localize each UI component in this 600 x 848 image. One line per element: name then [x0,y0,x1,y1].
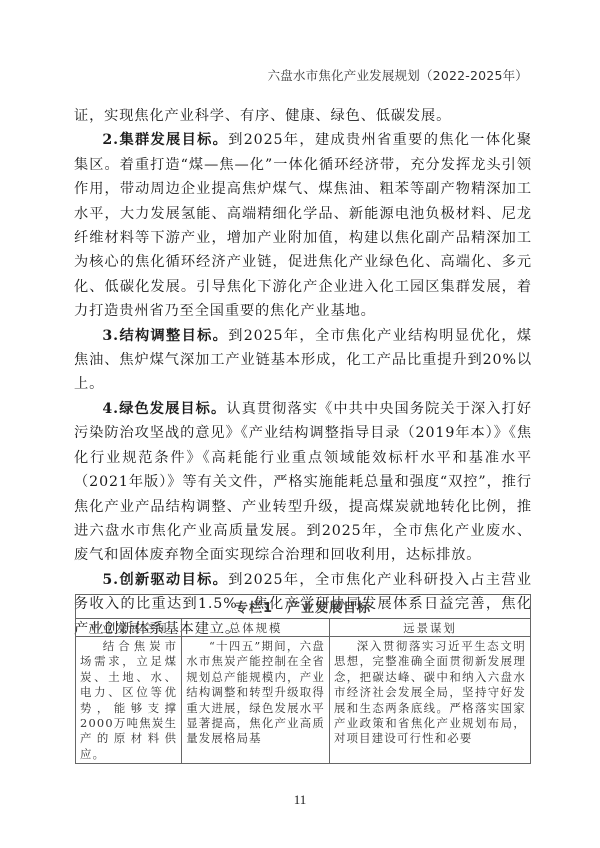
running-header: 六盘水市焦化产业发展规划（2022-2025年） [268,66,528,84]
paragraph-structure-goal: 3.结构调整目标。到2025年，全市焦化产业结构明显优化，煤焦油、焦炉煤气深加工… [74,324,532,397]
column-header: 产业发展空间 [76,619,182,637]
paragraph-text: 认真贯彻落实《中共中央国务院关于深入打好污染防治攻坚战的意见》《产业结构调整指导… [74,401,532,563]
column-header: 远景谋划 [329,619,530,637]
table-cell: 深入贯彻落实习近平生态文明思想，完整准确全面贯彻新发展理念，把碳达峰、碳中和纳入… [329,637,530,764]
box-title: 专栏1 产业发展目标 [76,595,531,619]
column-box-table: 专栏1 产业发展目标 产业发展空间 总体规模 远景谋划 结合焦炭市场需求，立足煤… [75,594,531,764]
table-row: 结合焦炭市场需求，立足煤炭、土地、水、电力、区位等优势，能够支撑2000万吨焦炭… [76,637,531,764]
paragraph-lead: 4.绿色发展目标。 [102,401,226,417]
table-cell: “十四五”期间，六盘水市焦炭产能控制在全省规划总产能规模内，产业结构调整和转型升… [182,637,330,764]
paragraph-text: 到2025年，建成贵州省重要的焦化一体化聚集区。着重打造“煤—焦—化”一体化循环… [74,132,532,319]
paragraph-cluster-goal: 2.集群发展目标。到2025年，建成贵州省重要的焦化一体化聚集区。着重打造“煤—… [74,128,532,323]
paragraph-lead: 5.创新驱动目标。 [102,572,228,588]
box-column-headers: 产业发展空间 总体规模 远景谋划 [76,619,531,637]
box-title-row: 专栏1 产业发展目标 [76,595,531,619]
paragraph-green-goal: 4.绿色发展目标。认真贯彻落实《中共中央国务院关于深入打好污染防治攻坚战的意见》… [74,397,532,568]
paragraph-lead: 2.集群发展目标。 [102,132,228,148]
paragraph-continuation: 证，实现焦化产业科学、有序、健康、绿色、低碳发展。 [74,104,532,128]
document-body: 证，实现焦化产业科学、有序、健康、绿色、低碳发展。 2.集群发展目标。到2025… [74,104,532,641]
table-cell: 结合焦炭市场需求，立足煤炭、土地、水、电力、区位等优势，能够支撑2000万吨焦炭… [76,637,182,764]
paragraph-text: 证，实现焦化产业科学、有序、健康、绿色、低碳发展。 [74,108,451,124]
page-number: 11 [0,792,600,808]
column-header: 总体规模 [182,619,330,637]
paragraph-lead: 3.结构调整目标。 [102,328,228,344]
